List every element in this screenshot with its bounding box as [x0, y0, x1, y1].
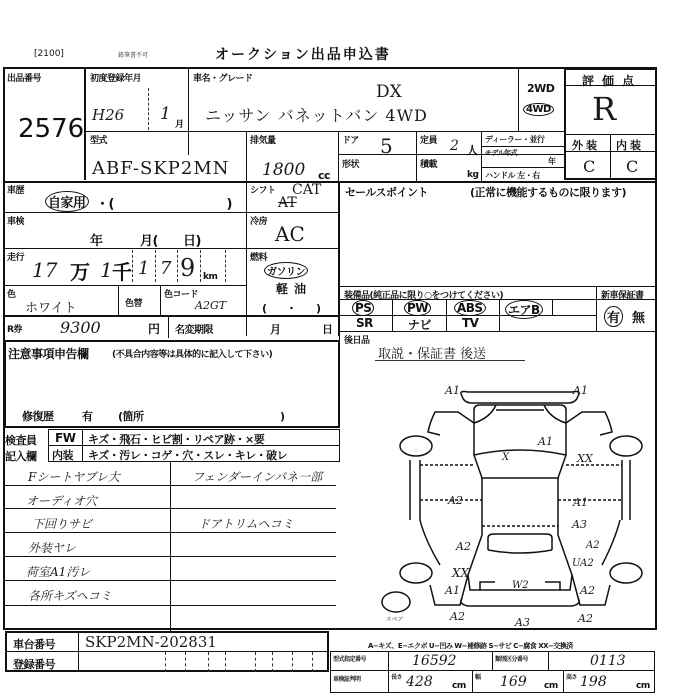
name-change-day: 日	[322, 321, 333, 337]
load-label: 積載	[420, 157, 437, 170]
sheet-code: [2100]	[34, 49, 64, 59]
inspector-label-1: 検査員	[5, 432, 37, 448]
cert-label: 車検証判明	[333, 674, 361, 683]
load-unit: kg	[467, 170, 478, 180]
name-change-label: 名変期限	[175, 321, 213, 336]
inspector-note-left-4: 外装ヤレ	[28, 539, 76, 556]
shaken-template: 年 月( 日)	[90, 230, 201, 249]
model-year-unit: 年	[548, 156, 556, 167]
usage-suffix: ・( )	[96, 193, 232, 212]
chassis-value: SKP2MN-202831	[85, 633, 217, 651]
car-name-value: ニッサン バネットバン 4WD	[205, 103, 428, 126]
mileage-sen: 1	[100, 258, 113, 282]
displacement-label: 排気量	[250, 133, 276, 146]
inspector-fw: FW	[55, 431, 75, 445]
capacity-unit: 人	[467, 142, 478, 158]
first-reg-label: 初度登録年月	[90, 71, 141, 84]
equip-tv: TV	[462, 316, 478, 330]
equip-pw: PW	[404, 300, 431, 316]
mileage-digit-1: 1	[138, 258, 149, 279]
capacity-label: 定員	[420, 133, 437, 146]
ac-label: 冷房	[250, 214, 267, 227]
damage-legend: A−キズ、E−エクボ U−凹み W−補修跡 S−サビ C−腐食 XX−交換済	[368, 641, 573, 651]
capacity-value: 2	[450, 138, 459, 154]
color-label: 色	[7, 287, 16, 300]
inspector-interior-items: キズ・汚レ・コゲ・穴・スレ・キレ・破レ	[88, 447, 287, 463]
length-unit: cm	[452, 681, 466, 691]
lot-number: 2576	[18, 114, 84, 144]
category-value: 0113	[590, 653, 626, 669]
height-unit: cm	[636, 681, 650, 691]
score-label: 評価点	[582, 72, 642, 89]
width-value: 169	[500, 674, 527, 690]
color-code-value: A2GT	[195, 299, 226, 312]
model-label: 型式	[90, 133, 107, 146]
first-reg-month-unit: 月	[175, 117, 184, 130]
drive-2wd: 2WD	[527, 82, 554, 95]
equip-airbag: エアB	[505, 300, 543, 319]
inspector-note-left-1: Fシートヤブレ大	[28, 468, 120, 485]
mileage-digit-3: 9	[180, 254, 195, 282]
sales-point-label: セールスポイント	[345, 184, 428, 200]
warranty-yes-selected: 有	[604, 306, 623, 327]
color-value: ホワイト	[25, 297, 77, 316]
model-year-label: モデル年式	[485, 149, 525, 157]
car-name-label: 車名・グレード	[193, 71, 253, 84]
color-change-label: 色替	[125, 296, 142, 309]
recycle-value: 9300	[60, 318, 101, 337]
repair-place: (箇所 )	[118, 408, 285, 424]
inspector-note-right-3: ドアトリムヘコミ	[198, 515, 294, 532]
sheet-header: [2100] 鉛筆書不可 オークション出品申込書	[0, 40, 700, 60]
notes-label: 注意事項申告欄	[8, 345, 89, 362]
mileage-digit-2: 7	[160, 258, 171, 279]
shape-label: 形状	[342, 157, 359, 170]
usage-label: 車歴	[7, 183, 24, 196]
usage-value-circled: 自家用	[45, 191, 89, 212]
width-unit: cm	[544, 681, 558, 691]
notes-hint: (不具合内容等は具体的に記入して下さい)	[112, 347, 272, 360]
displacement-value: 1800	[262, 160, 305, 180]
equip-sr: SR	[356, 316, 373, 330]
color-code-label: 色コード	[164, 287, 198, 300]
mileage-man-unit: 万	[70, 256, 90, 285]
inspector-fw-items: キズ・飛石・ヒビ割・リペア跡・×要	[88, 431, 264, 447]
recycle-unit: 円	[148, 320, 160, 337]
fuel-diesel: 軽油	[276, 280, 312, 297]
fuel-gasoline-selected: ガソリン	[264, 262, 308, 279]
warranty-no: 無	[632, 307, 645, 326]
shaken-label: 車検	[7, 214, 24, 227]
registration-label: 登録番号	[13, 656, 55, 672]
inspector-note-left-2: オーディオ穴	[26, 492, 97, 509]
later-items-label: 後日品	[344, 333, 370, 346]
car-damage-diagram	[340, 360, 700, 620]
model-value: ABF-SKP2MN	[92, 158, 230, 179]
type-approval-value: 16592	[412, 653, 457, 669]
ac-value: AC	[275, 222, 305, 246]
lot-label: 出品番号	[7, 71, 41, 84]
category-label: 類別区分番号	[495, 654, 528, 663]
height-value: 198	[580, 674, 607, 690]
repair-label: 修復歴	[22, 408, 54, 424]
score-value: R	[592, 90, 616, 128]
width-label: 幅	[475, 672, 481, 681]
fuel-other: ( ・ )	[262, 300, 325, 316]
drive-4wd-selected: 4WD	[523, 103, 554, 116]
inspector-note-left-6: 各所キズヘコミ	[28, 587, 112, 604]
handle-label: ハンドル 左・右	[485, 170, 540, 181]
inspector-label-2: 記入欄	[5, 448, 37, 464]
shift-label: シフト	[250, 183, 276, 196]
exterior-value: C	[583, 157, 595, 176]
inspector-note-left-5: 荷室A1汚レ	[26, 563, 90, 580]
repair-value: 有	[82, 408, 93, 424]
sheet-title: オークション出品申込書	[215, 44, 391, 64]
inspector-interior: 内装	[52, 447, 73, 463]
equip-abs: ABS	[454, 300, 486, 316]
mileage-label: 走行	[7, 250, 24, 263]
shift-struck: AT	[278, 195, 297, 211]
car-grade: DX	[376, 82, 402, 102]
length-value: 428	[406, 674, 433, 690]
interior-value: C	[626, 157, 638, 176]
first-reg-year: H26	[92, 106, 124, 124]
fuel-label: 燃料	[250, 250, 267, 263]
type-approval-label: 型式指定番号	[333, 654, 366, 663]
pen-note: 鉛筆書不可	[118, 50, 148, 59]
inspector-note-left-3: 下回りサビ	[32, 515, 92, 532]
length-label: 長さ	[391, 672, 402, 681]
mileage-sen-unit: 千	[112, 256, 132, 285]
sales-point-note: (正常に機能するものに限ります)	[470, 184, 626, 200]
name-change-month: 月	[270, 321, 281, 337]
first-reg-month: 1	[160, 104, 171, 124]
inspector-note-right-1: フェンダーインパネ一部	[192, 468, 322, 485]
mileage-man: 17	[32, 258, 57, 282]
recycle-label: R券	[7, 322, 22, 335]
mileage-unit: km	[203, 272, 217, 282]
doors-label: ドア	[342, 133, 359, 146]
dealer-label: ディーラー・並行	[485, 134, 544, 145]
height-label: 高さ	[566, 672, 577, 681]
chassis-label: 車台番号	[13, 636, 55, 652]
